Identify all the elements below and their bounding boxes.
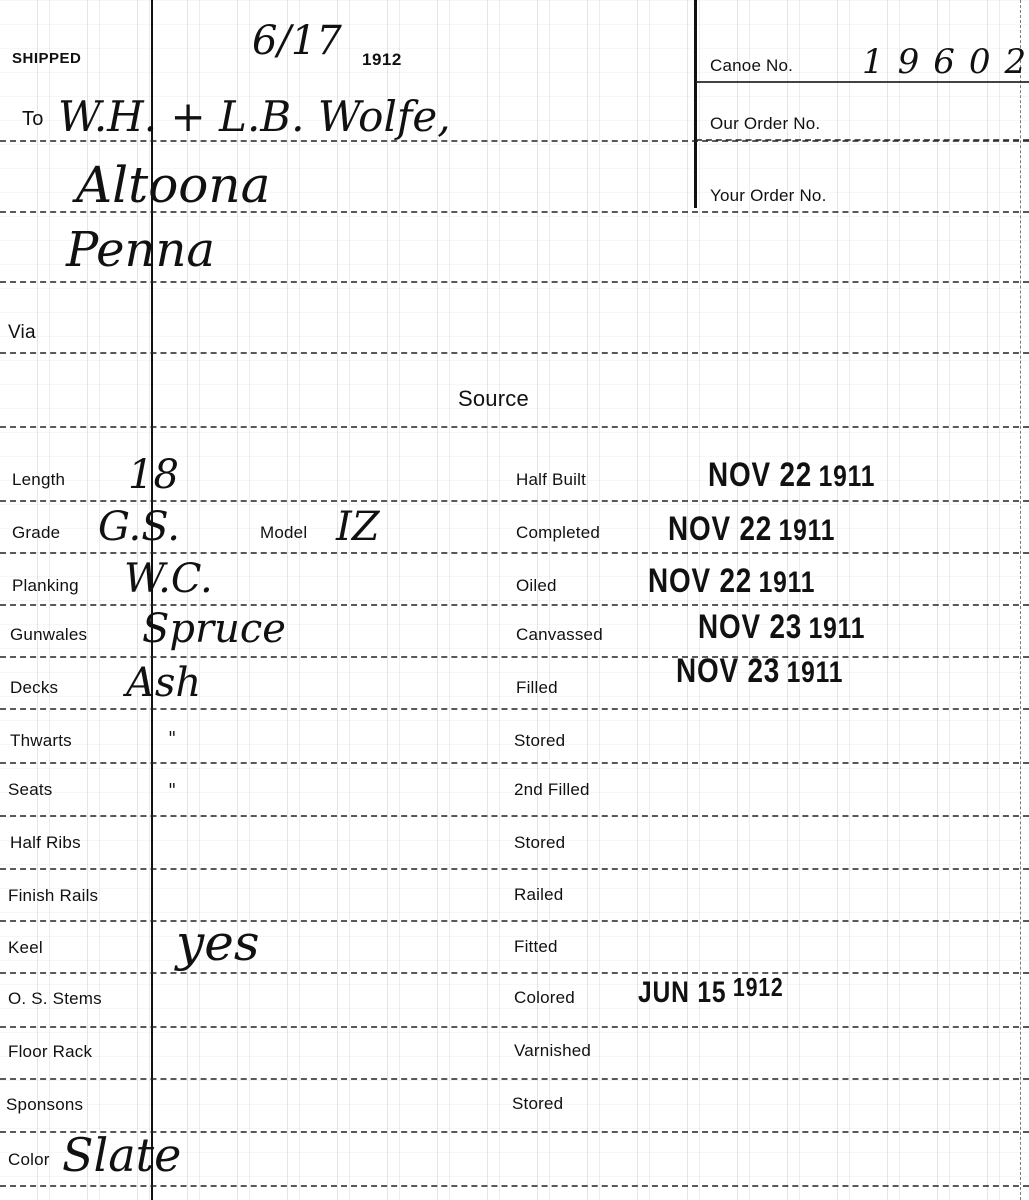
spec-value-length: 18 <box>128 452 179 498</box>
shipped-date-handwritten: 6/17 <box>252 18 342 64</box>
row-line <box>0 815 1029 817</box>
row-line <box>0 708 1029 710</box>
stage-stamp-canvassed: NOV 231911 <box>698 608 865 647</box>
spec-label-thwarts: Thwarts <box>10 731 72 751</box>
to-label: To <box>22 108 44 131</box>
spec-value-decks: Ash <box>126 660 201 706</box>
spec-value-keel: yes <box>176 914 260 972</box>
canoe-no-label: Canoe No. <box>710 56 793 76</box>
row-line <box>0 972 1029 974</box>
spec-label-half-ribs: Half Ribs <box>10 833 81 853</box>
spec-label-sponsons: Sponsons <box>6 1095 83 1115</box>
stage-label-oiled: Oiled <box>516 576 557 596</box>
canoe-no-value: 19602 <box>862 42 1029 82</box>
stage-stamp-completed: NOV 221911 <box>668 510 835 549</box>
stage-label-stored-3: Stored <box>512 1094 563 1114</box>
stage-stamp-half-built: NOV 221911 <box>708 456 875 495</box>
spec-label-seats: Seats <box>8 780 52 800</box>
model-label: Model <box>260 523 307 543</box>
row-line <box>0 868 1029 870</box>
via-label: Via <box>8 322 36 344</box>
spec-label-color: Color <box>8 1150 50 1170</box>
spec-label-floor-rack: Floor Rack <box>8 1042 92 1062</box>
stage-label-stored-2: Stored <box>514 833 565 853</box>
spec-label-gunwales: Gunwales <box>10 625 87 645</box>
stage-label-railed: Railed <box>514 885 563 905</box>
right-edge-divider <box>1020 0 1021 1200</box>
row-line <box>0 656 1029 658</box>
spec-label-grade: Grade <box>12 523 60 543</box>
consignee-state-handwritten: Penna <box>66 222 215 278</box>
consignee-name-handwritten: W.H. + L.B. Wolfe, <box>58 92 451 141</box>
spec-value-gunwales: Spruce <box>142 606 286 652</box>
source-label: Source <box>458 386 529 412</box>
consignee-city-handwritten: Altoona <box>76 156 270 214</box>
spec-label-planking: Planking <box>12 576 79 596</box>
row-line <box>0 762 1029 764</box>
our-order-line <box>696 139 1029 141</box>
shipped-label: SHIPPED <box>12 50 81 67</box>
spec-value-grade: G.S. <box>98 504 180 550</box>
via-line <box>0 352 1029 354</box>
row-line <box>0 1185 1029 1187</box>
row-line <box>0 552 1029 554</box>
spec-label-finish-rails: Finish Rails <box>8 886 98 906</box>
stage-label-varnished: Varnished <box>514 1041 591 1061</box>
order-box-divider <box>694 0 697 208</box>
state-line <box>0 281 1029 283</box>
source-line <box>0 426 1029 428</box>
spec-label-length: Length <box>12 470 65 490</box>
model-value: IZ <box>336 504 380 550</box>
stage-label-half-built: Half Built <box>516 470 586 490</box>
spec-value-color: Slate <box>62 1128 181 1182</box>
stage-label-fitted: Fitted <box>514 937 558 957</box>
spec-label-keel: Keel <box>8 938 43 958</box>
stage-label-completed: Completed <box>516 523 600 543</box>
stage-label-canvassed: Canvassed <box>516 625 603 645</box>
stage-stamp-colored: JUN 151912 <box>638 972 784 1010</box>
spec-value-seats: " <box>168 780 176 801</box>
spec-value-planking: W.C. <box>124 556 213 602</box>
row-line <box>0 920 1029 922</box>
your-order-label: Your Order No. <box>710 186 827 206</box>
spec-label-os-stems: O. S. Stems <box>8 989 102 1009</box>
stage-label-2nd-filled: 2nd Filled <box>514 780 590 800</box>
stage-label-filled: Filled <box>516 678 558 698</box>
stage-stamp-oiled: NOV 221911 <box>648 562 815 601</box>
shipped-year: 1912 <box>362 50 402 70</box>
our-order-label: Our Order No. <box>710 114 820 134</box>
spec-label-decks: Decks <box>10 678 58 698</box>
stage-label-stored-1: Stored <box>514 731 565 751</box>
stage-stamp-filled: NOV 231911 <box>676 652 843 691</box>
stage-label-colored: Colored <box>514 988 575 1008</box>
row-line <box>0 500 1029 502</box>
row-line <box>0 1078 1029 1080</box>
row-line <box>0 1026 1029 1028</box>
spec-value-thwarts: " <box>168 728 176 749</box>
